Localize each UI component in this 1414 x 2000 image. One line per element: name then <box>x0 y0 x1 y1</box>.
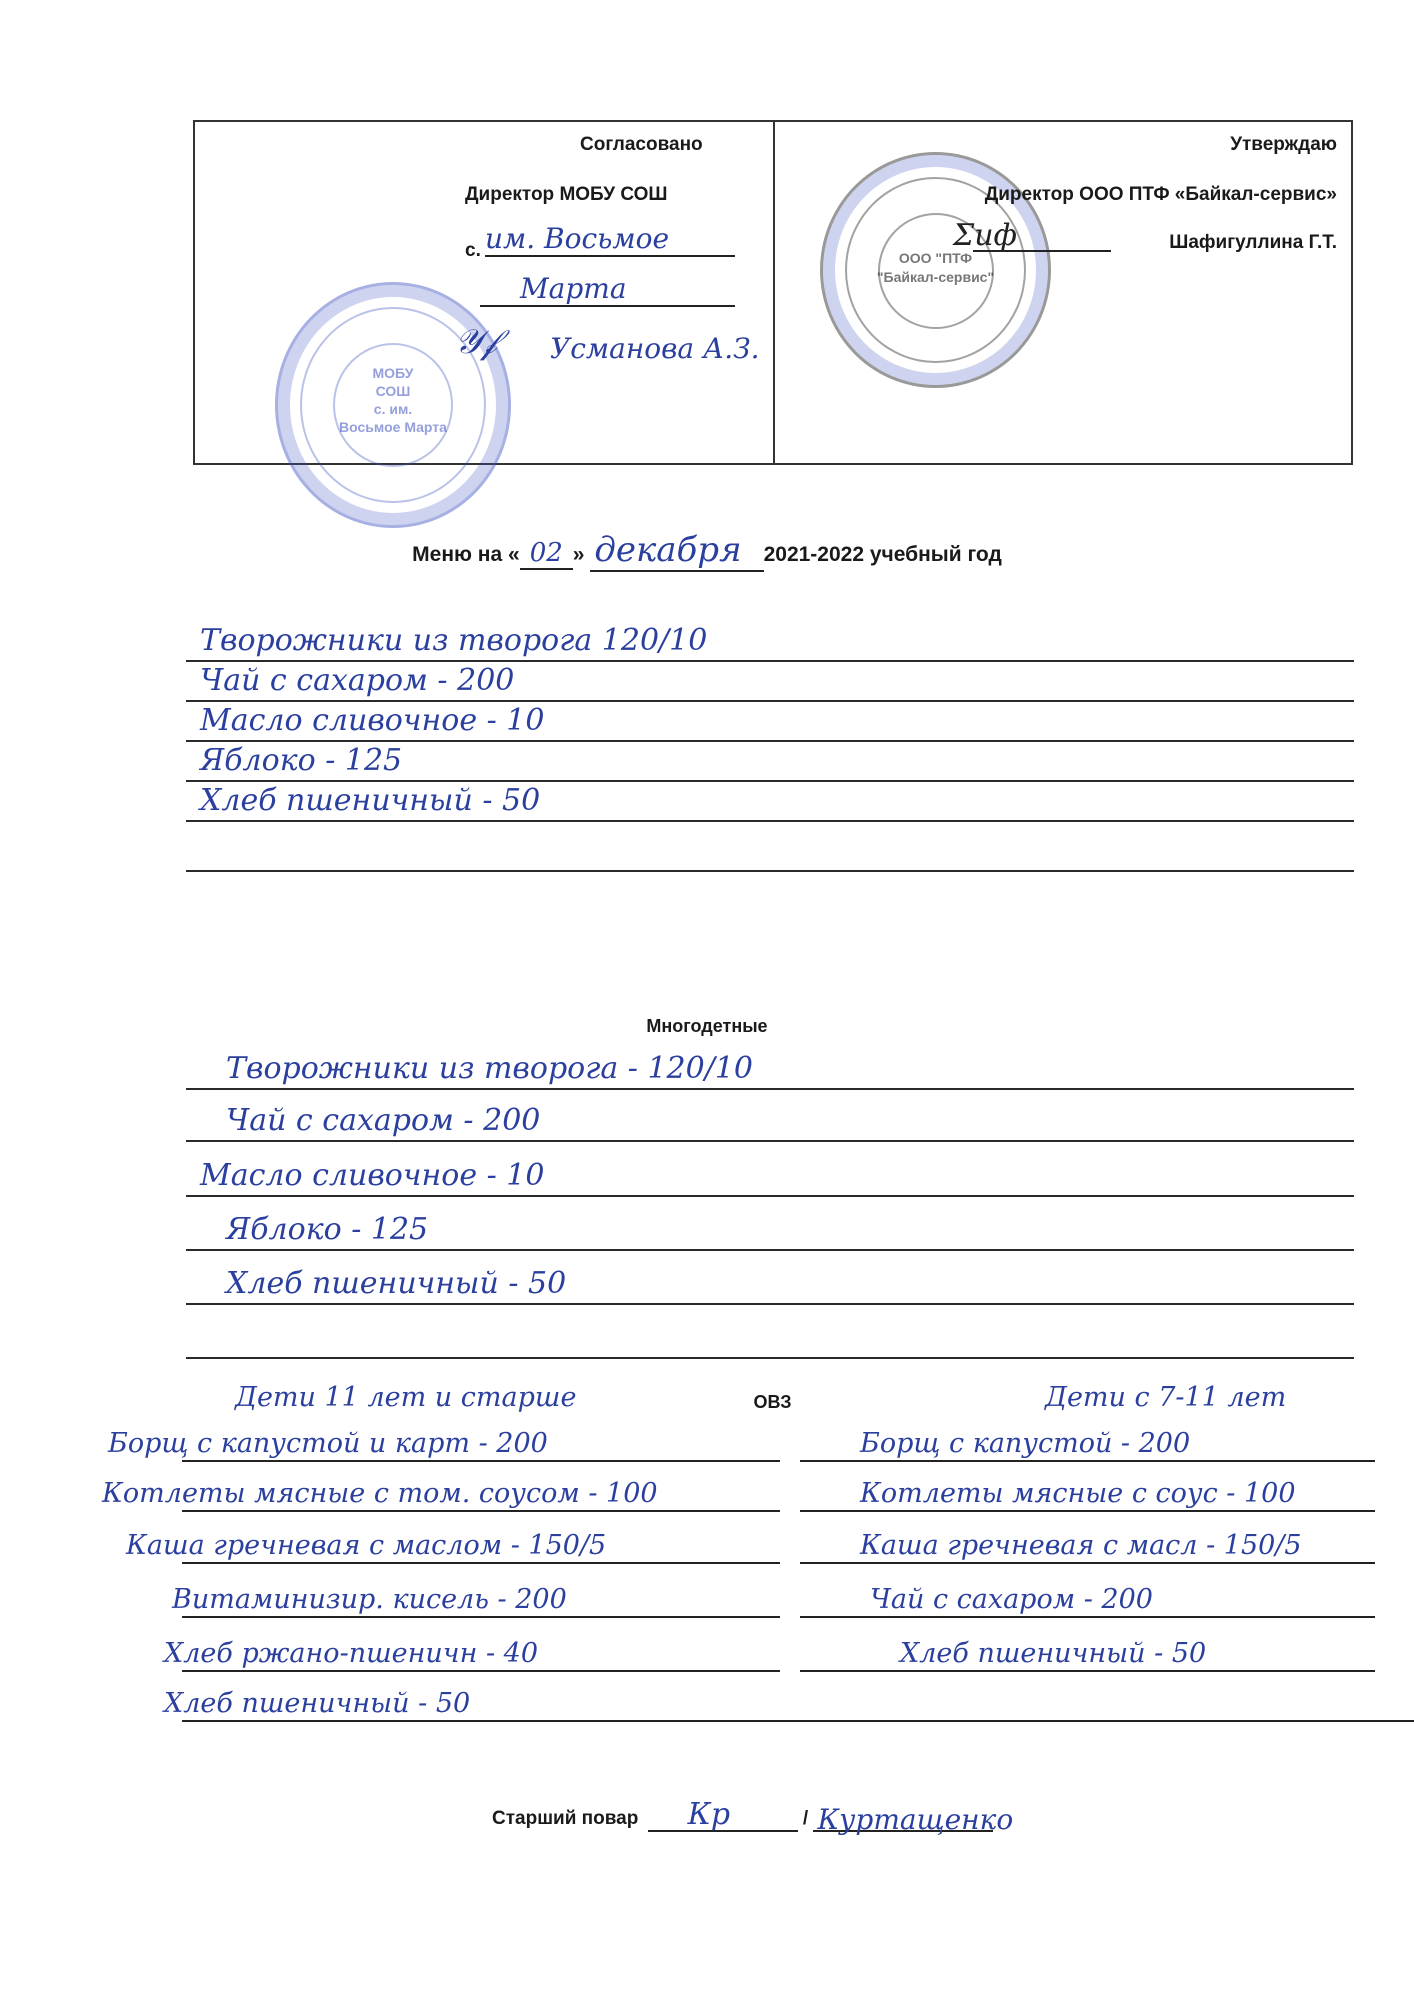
list-item: Масло сливочное - 10 <box>186 1142 1354 1197</box>
name-field: Куртащенко <box>813 1808 993 1832</box>
senior-cook-signature: Старший повар Кр / Куртащенко <box>492 1808 993 1832</box>
list-item: Котлеты мясные с том. соусом - 100 <box>100 1462 800 1512</box>
list-item: Хлеб пшеничный - 50 <box>800 1618 1410 1672</box>
signature-field: Кр <box>648 1808 798 1832</box>
list-item: Чай с сахаром - 200 <box>800 1564 1410 1618</box>
school-stamp: МОБУ СОШ с. им. Восьмое Марта <box>275 282 511 528</box>
menu-title: Меню на «02» декабря2021-2022 учебный го… <box>0 530 1414 570</box>
large-families-title: Многодетные <box>0 1016 1414 1037</box>
main-menu-list: Творожники из творога 120/10 Чай с сахар… <box>186 622 1354 872</box>
list-item: Творожники из творога 120/10 <box>186 622 1354 662</box>
list-item: Борщ с капустой и карт - 200 <box>100 1418 800 1462</box>
list-item <box>186 1305 1354 1359</box>
village-prefix: с. <box>465 240 481 262</box>
menu-month: декабря <box>590 530 763 572</box>
agreed-title: Согласовано <box>580 134 703 156</box>
agreed-signature: 𝒴𝒻 <box>455 322 497 362</box>
list-item: Каша гречневая с масл - 150/5 <box>800 1512 1410 1564</box>
village-name-line2: Марта <box>480 272 735 307</box>
ovz-right-heading: Дети с 7-11 лет <box>1045 1382 1286 1413</box>
list-item: Витаминизир. кисель - 200 <box>100 1564 800 1618</box>
agreed-position: Директор МОБУ СОШ <box>465 184 667 206</box>
approved-cell: ООО "ПТФ "Байкал-сервис" Утверждаю Дирек… <box>775 122 1351 463</box>
approved-signature: Ʃиф <box>953 218 1017 253</box>
list-item: Хлеб пшеничный - 50 <box>100 1672 800 1722</box>
list-item: Борщ с капустой - 200 <box>800 1418 1410 1462</box>
senior-cook-label: Старший повар <box>492 1808 638 1829</box>
agreed-signatory-name: Усманова А.З. <box>550 332 759 365</box>
list-item: Каша гречневая с маслом - 150/5 <box>100 1512 800 1564</box>
village-name-line1: им. Восьмое <box>485 222 735 257</box>
list-item: Хлеб ржано-пшеничн - 40 <box>100 1618 800 1672</box>
list-item: Чай с сахаром - 200 <box>186 1090 1354 1142</box>
ovz-right-list: Борщ с капустой - 200 Котлеты мясные с с… <box>800 1418 1410 1672</box>
school-year: 2021-2022 учебный год <box>764 543 1002 566</box>
list-item: Чай с сахаром - 200 <box>186 662 1354 702</box>
list-item: Котлеты мясные с соус - 100 <box>800 1462 1410 1512</box>
list-item: Хлеб пшеничный - 50 <box>186 1251 1354 1305</box>
approved-title: Утверждаю <box>1230 134 1337 156</box>
list-item: Хлеб пшеничный - 50 <box>186 782 1354 822</box>
approved-signature-line <box>973 250 1111 252</box>
list-item <box>186 822 1354 872</box>
ovz-left-list: Борщ с капустой и карт - 200 Котлеты мяс… <box>100 1418 800 1722</box>
approved-signatory-name: Шафигуллина Г.Т. <box>1169 232 1337 254</box>
list-item: Творожники из творога - 120/10 <box>186 1050 1354 1090</box>
list-item: Масло сливочное - 10 <box>186 702 1354 742</box>
menu-day: 02 <box>520 538 573 570</box>
large-families-list: Творожники из творога - 120/10 Чай с сах… <box>186 1050 1354 1359</box>
approval-table: МОБУ СОШ с. им. Восьмое Марта Согласован… <box>193 120 1353 465</box>
ovz-left-heading: Дети 11 лет и старше <box>235 1382 576 1413</box>
list-item: Яблоко - 125 <box>186 742 1354 782</box>
agreed-cell: МОБУ СОШ с. им. Восьмое Марта Согласован… <box>195 122 775 463</box>
menu-document: МОБУ СОШ с. им. Восьмое Марта Согласован… <box>0 0 1414 2000</box>
approved-position: Директор ООО ПТФ «Байкал-сервис» <box>985 184 1337 206</box>
list-item: Яблоко - 125 <box>186 1197 1354 1251</box>
